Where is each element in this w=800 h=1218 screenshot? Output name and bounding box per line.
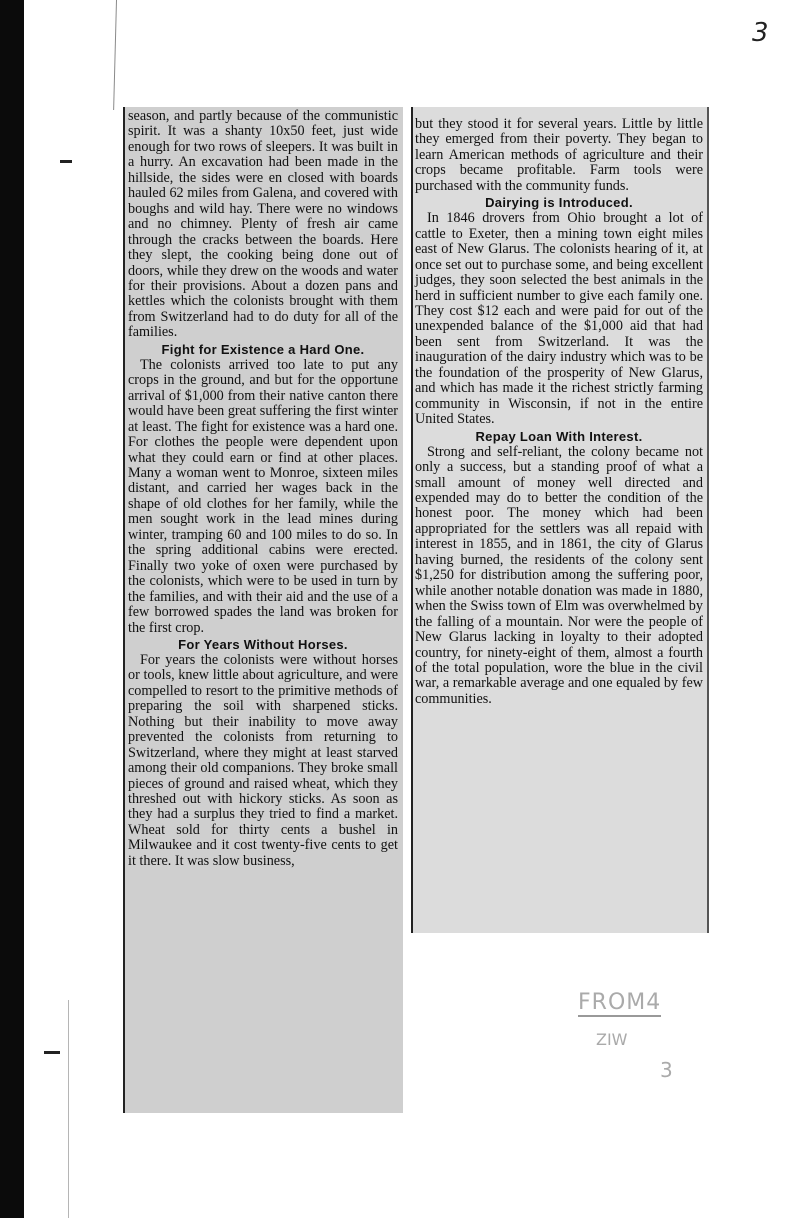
scanner-dark-edge: [0, 0, 24, 1218]
paragraph-years-without-horses: For years the colonists were without hor…: [128, 653, 398, 869]
margin-mark-top: [60, 160, 72, 163]
paragraph-repay-loan: Strong and self-reliant, the colony beca…: [415, 445, 703, 708]
article-right-column: but they stood it for several years. Lit…: [415, 117, 703, 707]
paragraph-dairying-introduced: In 1846 drovers from Ohio brought a lot …: [415, 211, 703, 427]
handwritten-note-number: 3: [660, 1058, 673, 1082]
heading-years-without-horses: For Years Without Horses.: [128, 637, 398, 652]
heading-dairying-introduced: Dairying is Introduced.: [415, 195, 703, 210]
paragraph-opening: season, and partly because of the commun…: [128, 109, 398, 341]
heading-fight-for-existence: Fight for Existence a Hard One.: [128, 342, 398, 357]
article-left-column: season, and partly because of the commun…: [128, 109, 398, 869]
paragraph-right-intro: but they stood it for several years. Lit…: [415, 117, 703, 194]
fold-line: [113, 0, 117, 110]
heading-repay-loan: Repay Loan With Interest.: [415, 429, 703, 444]
paragraph-fight-for-existence: The colonists arrived too late to put an…: [128, 358, 398, 636]
handwritten-note-code: ZIW: [596, 1030, 628, 1049]
handwritten-note-from: FROM4: [578, 990, 661, 1017]
page-number: 3: [752, 18, 769, 48]
margin-mark-bottom: [44, 1051, 60, 1054]
fold-line-lower: [68, 1000, 69, 1218]
